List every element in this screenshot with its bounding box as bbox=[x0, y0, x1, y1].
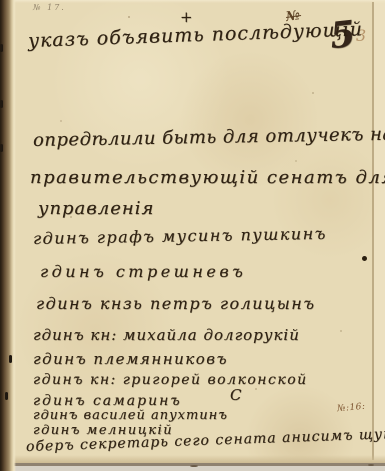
senator-line: гдинъ василей апухтинъ bbox=[33, 408, 228, 423]
stitch-mark bbox=[0, 44, 3, 52]
senator-line: гдинъ племянниковъ bbox=[33, 350, 228, 368]
stitch-mark bbox=[5, 392, 8, 400]
paragraph-line: правительствующій сенатъ для bbox=[30, 167, 385, 188]
senator-line: гдинъ кн: михайла долгорукій bbox=[33, 326, 300, 344]
edge-smudge bbox=[190, 465, 198, 467]
manuscript-page: № 17. № 5 3 + №:16: указъ объявить послѣ… bbox=[0, 0, 385, 471]
heading-line: указъ объявить послѣдующій bbox=[28, 18, 364, 52]
stitch-mark bbox=[0, 144, 3, 152]
stitch-mark bbox=[9, 355, 12, 363]
senator-line: гдинъ кн: григорей волконской bbox=[33, 372, 308, 388]
margin-number: №:16: bbox=[337, 402, 366, 414]
paragraph-line: управленія bbox=[38, 198, 154, 219]
right-margin-strip bbox=[374, 0, 385, 471]
edge-smudge bbox=[368, 464, 374, 466]
torn-binding-edge bbox=[0, 0, 16, 471]
senator-line: гдинъ кнзь петръ голицынъ bbox=[36, 294, 315, 313]
pen-flourish: С bbox=[230, 386, 241, 404]
paragraph-line: опредѣлили быть для отлучекъ нашихъ bbox=[33, 123, 385, 151]
pencil-folio-number: № 17. bbox=[33, 3, 66, 12]
stitch-mark bbox=[0, 100, 3, 108]
senator-line: гдинъ графъ мусинъ пушкинъ bbox=[33, 224, 327, 248]
ink-dot bbox=[362, 256, 367, 261]
senator-line: гдинъ стрешневъ bbox=[40, 262, 246, 281]
paper-bottom-edge bbox=[0, 455, 385, 463]
senator-line: гдинъ самаринъ bbox=[33, 393, 182, 409]
